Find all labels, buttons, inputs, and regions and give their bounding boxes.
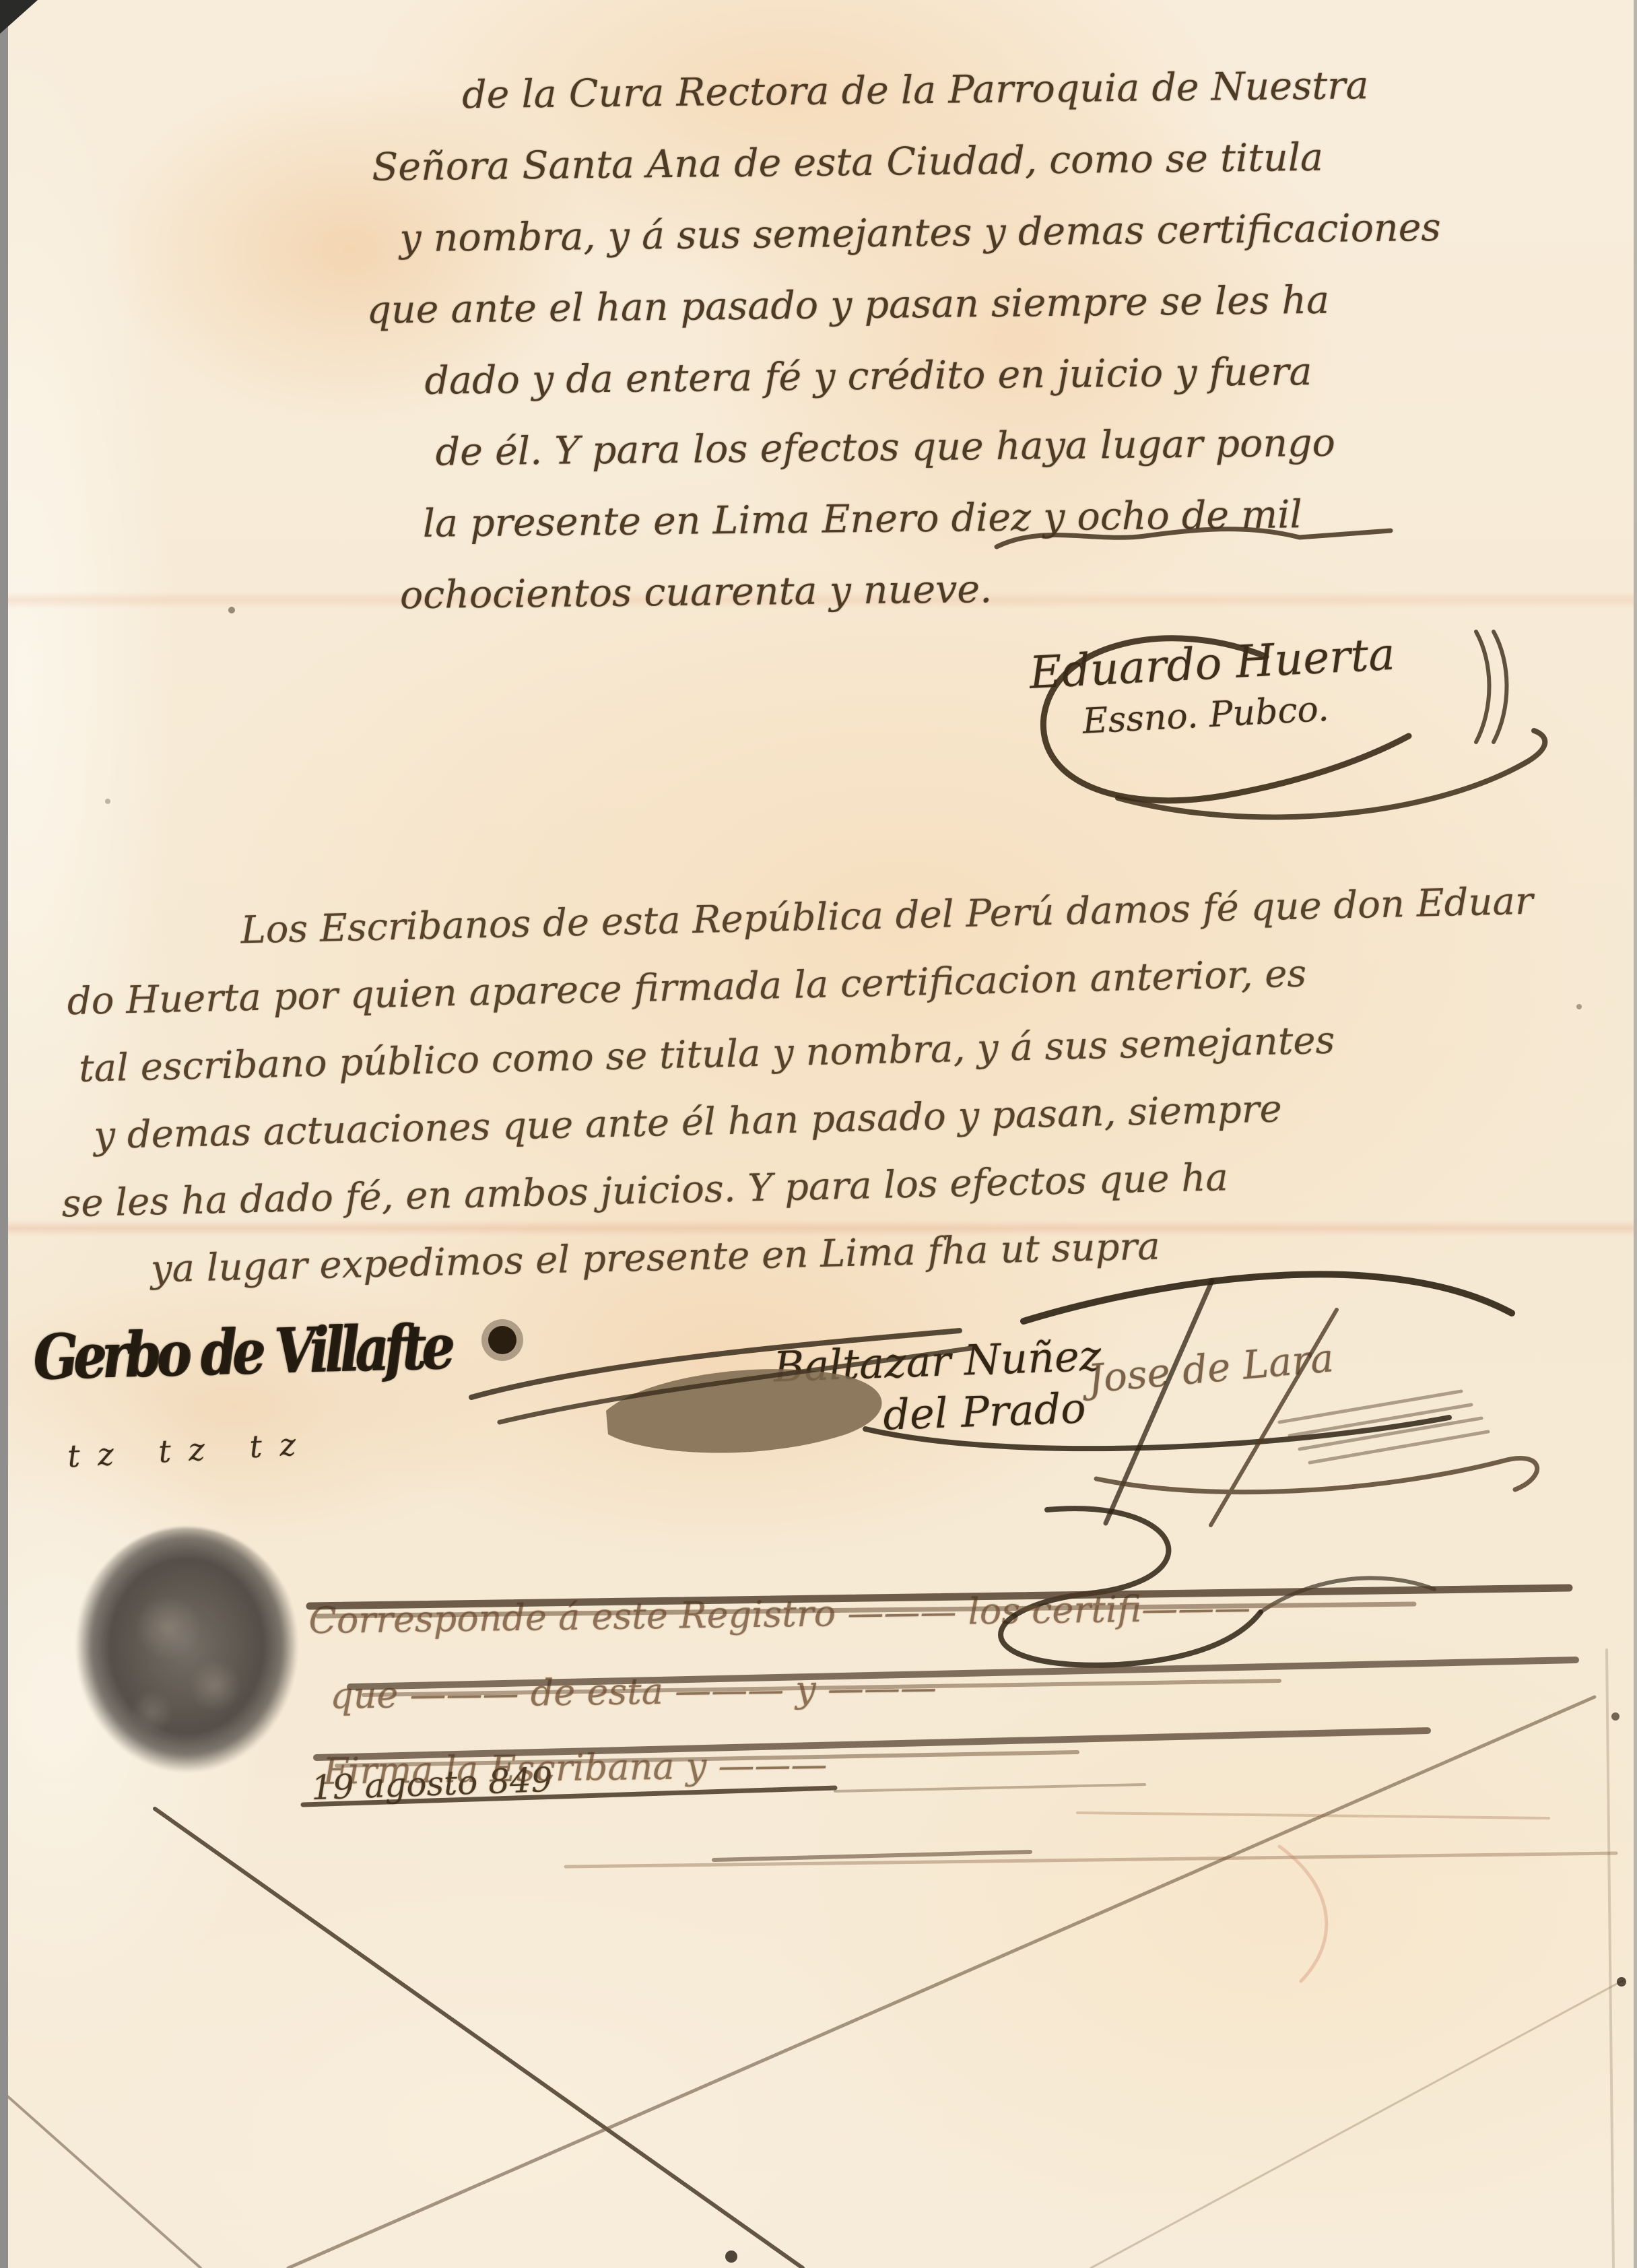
handwritten-line: ochocientos cuarenta y nueve. [399, 547, 1589, 631]
certification-paragraph-1: de la Cura Rectora de la Parroquia de Nu… [395, 48, 1589, 631]
handwritten-line: dado y da entera fé y crédito en juicio … [424, 333, 1586, 417]
handwritten-line: que ante el han pasado y pasan siempre s… [366, 262, 1586, 346]
signature-villafuerte: Gerbo de Villafte [32, 1310, 451, 1394]
scan-edge-right [1634, 0, 1637, 2268]
scan-edge-left [0, 0, 8, 2268]
certification-paragraph-2: Los Escribanos de esta República del Per… [102, 867, 1592, 1304]
handwritten-line: de él. Y para los efectos que haya lugar… [435, 405, 1587, 488]
round-ink-seal-icon [71, 1527, 303, 1791]
signature-nunez-del-prado: Baltazar Nuñez del Prado [773, 1331, 1104, 1444]
handwritten-line: y nombra, y á sus semejantes y demas cer… [399, 191, 1585, 274]
scan-corner-shadow [0, 0, 38, 34]
handwritten-line: Señora Santa Ana de esta Ciudad, como se… [372, 119, 1584, 203]
signature-name: Baltazar Nuñez [773, 1331, 1102, 1392]
signature-name: del Prado [882, 1383, 1104, 1440]
handwritten-line: la presente en Lima Enero diez y ocho de… [422, 476, 1588, 560]
handwritten-line: de la Cura Rectora de la Parroquia de Nu… [395, 48, 1584, 131]
scanned-document-page: de la Cura Rectora de la Parroquia de Nu… [0, 0, 1637, 2268]
